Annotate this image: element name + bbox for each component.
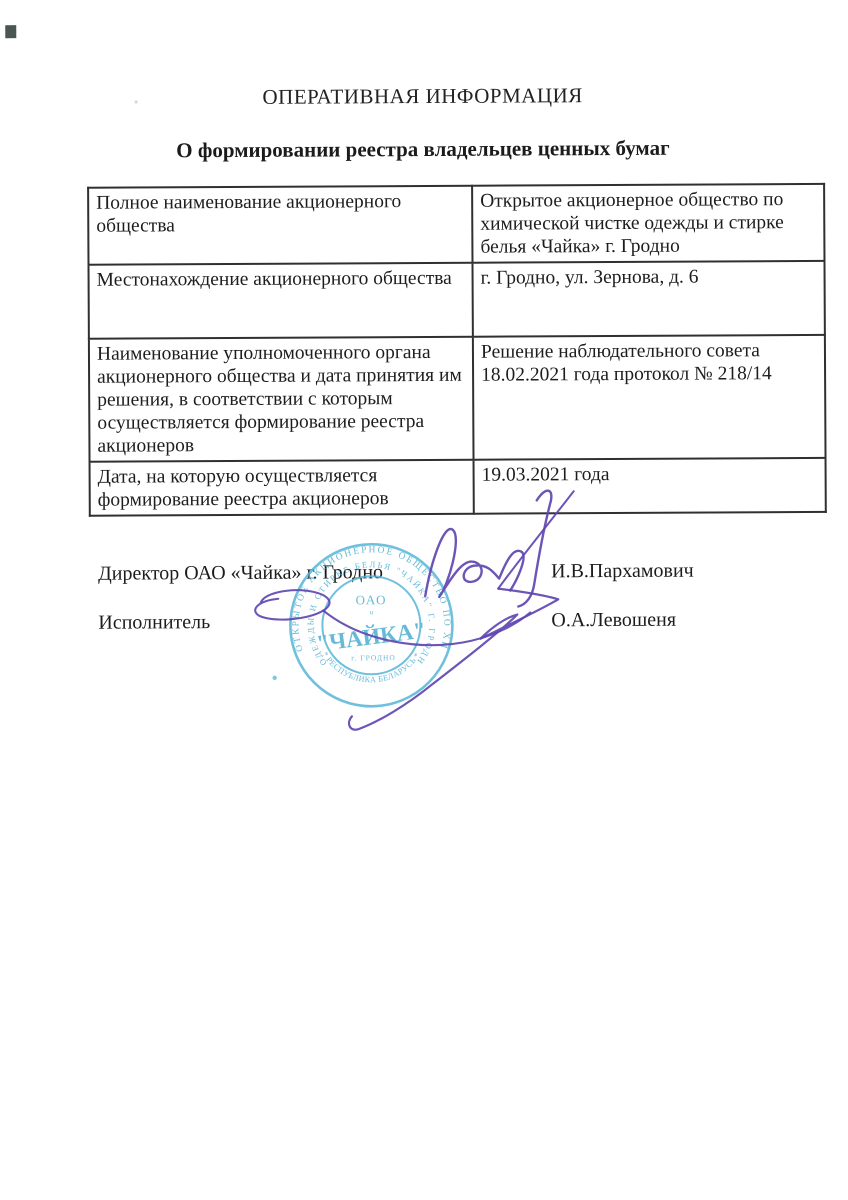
stamp-center-city: г. ГРОДНО: [351, 653, 396, 662]
signature-line-executor: Исполнитель О.А.Левошеня: [1, 608, 848, 612]
table-row: Дата, на которую осуществляется формиров…: [90, 458, 826, 516]
row-label-cell: Полное наименование акционерного обществ…: [88, 186, 472, 265]
row-value-cell: г. Гродно, ул. Зернова, д. 6: [472, 261, 824, 337]
stamp-ink-speck: [272, 676, 276, 680]
table-row: Полное наименование акционерного обществ…: [88, 184, 824, 265]
table-row: Наименование уполномоченного органа акци…: [89, 335, 826, 462]
row-value-cell: 19.03.2021 года: [474, 458, 826, 514]
signature-role: Исполнитель: [98, 611, 210, 635]
stamp-center-chayka: "ЧАЙКА": [315, 617, 428, 656]
handwritten-signature-executor: [255, 589, 530, 646]
row-label-cell: Местонахождение акционерного общества: [88, 263, 472, 339]
scan-artifact-corner: [5, 25, 16, 38]
row-label-cell: Наименование уполномоченного органа акци…: [89, 337, 474, 462]
stamp-signature-overlay: ОТКРЫТОЕ АКЦИОНЕРНОЕ ОБЩЕСТВО ПО ХИМИЧЕС…: [0, 0, 848, 1200]
document-subtitle: О формировании реестра владельцев ценных…: [0, 135, 847, 164]
register-info-table: Полное наименование акционерного обществ…: [87, 183, 827, 517]
signature-line-director: Директор ОАО «Чайка» г. Гродно И.В.Парха…: [1, 559, 848, 563]
table-row: Местонахождение акционерного общества г.…: [88, 261, 824, 339]
row-value-cell: Открытое акционерное общество по химичес…: [472, 184, 824, 263]
row-value-cell: Решение наблюдательного совета 18.02.202…: [473, 335, 826, 460]
stamp-center-oao: ОАО: [356, 592, 387, 607]
scanned-document-page: ОПЕРАТИВНАЯ ИНФОРМАЦИЯ О формировании ре…: [0, 0, 848, 1200]
handwritten-signature-director: [348, 491, 575, 730]
signature-name: И.В.Пархамович: [551, 560, 694, 584]
stamp-bottom-arc-text: * РЕСПУБЛИКА БЕЛАРУСЬ *: [320, 650, 422, 685]
document-title: ОПЕРАТИВНАЯ ИНФОРМАЦИЯ: [0, 82, 847, 111]
stamp-center-mark: u: [370, 608, 374, 616]
row-label-cell: Дата, на которую осуществляется формиров…: [90, 460, 474, 516]
signature-name: О.А.Левошеня: [551, 609, 676, 633]
signature-role: Директор ОАО «Чайка» г. Гродно: [98, 561, 383, 585]
stamp-inner-ring: [322, 576, 421, 675]
